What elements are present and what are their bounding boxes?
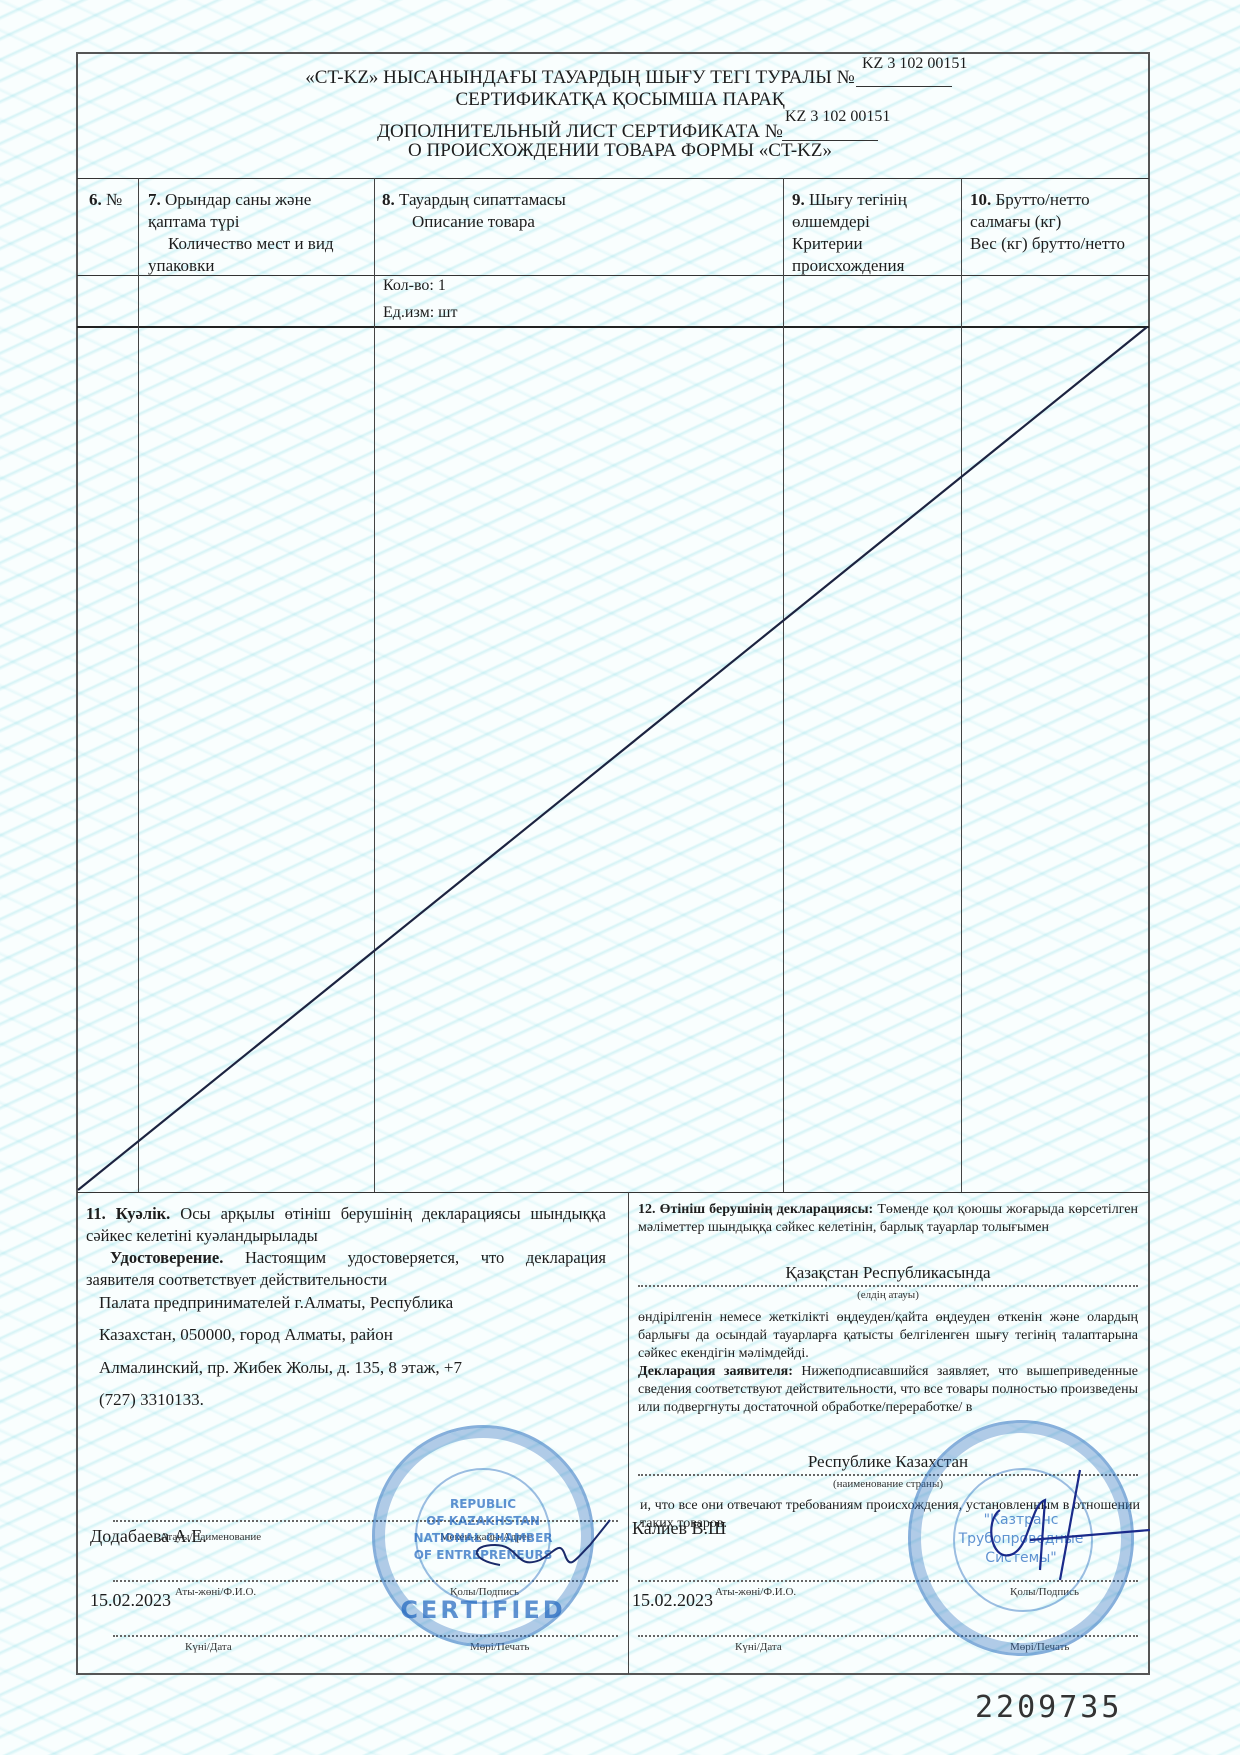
date-left: 15.02.2023 xyxy=(90,1590,171,1611)
fio-label-left: Аты-жөні/Ф.И.О. xyxy=(175,1586,256,1598)
column-header-7: 7. Орындар саны және қаптама түрі Количе… xyxy=(148,189,373,277)
org-address-line2: Казахстан, 050000, город Алматы, район xyxy=(99,1325,393,1345)
dotted-line xyxy=(113,1635,618,1637)
org-address-line4: (727) 3310133. xyxy=(99,1390,204,1410)
column-header-9: 9. Шығу тегінің өлшемдері Критерии проис… xyxy=(792,189,957,277)
date-right: 15.02.2023 xyxy=(632,1590,713,1611)
column-header-10: 10. Брутто/нетто салмағы (кг) Вес (кг) б… xyxy=(970,189,1140,255)
section-11-certification: 11. Куәлік. Осы арқылы өтініш берушінің … xyxy=(86,1203,606,1291)
org-address-line3: Алмалинский, пр. Жибек Жолы, д. 135, 8 э… xyxy=(99,1358,462,1378)
column-header-6: 6. № xyxy=(89,189,122,211)
section-divider xyxy=(628,1192,629,1674)
date-label-left: Күні/Дата xyxy=(185,1641,232,1653)
form-serial-number: 2209735 xyxy=(975,1690,1122,1725)
column-divider xyxy=(783,178,784,1192)
title-kz-line2: СЕРТИФИКАТҚА ҚОСЫМША ПАРАҚ xyxy=(0,89,1240,111)
title-ru-line2: О ПРОИСХОЖДЕНИИ ТОВАРА ФОРМЫ «CT-KZ» xyxy=(0,140,1240,162)
column-divider xyxy=(374,178,375,1192)
certificate-number-ru: KZ 3 102 00151 xyxy=(785,108,890,126)
country-kz-caption: (елдің атауы) xyxy=(638,1289,1138,1301)
description-quantity: Кол-во: 1 xyxy=(383,277,446,295)
fio-label-right: Аты-жөні/Ф.И.О. xyxy=(715,1586,796,1598)
section-12-text-kz: өндірілгенін немесе жеткілікті өңдеуден/… xyxy=(638,1309,1138,1363)
org-address-line1: Палата предпринимателей г.Алматы, Респуб… xyxy=(99,1293,453,1313)
description-unit: Ед.изм: шт xyxy=(383,304,457,322)
column-divider xyxy=(138,178,139,1192)
chamber-stamp: REPUBLIC OF KAZAKHSTAN NATIONAL CHAMBER … xyxy=(372,1425,594,1647)
column-divider xyxy=(961,178,962,1192)
section-12-declaration-kz: 12. Өтініш берушінің декларациясы: Төмен… xyxy=(638,1201,1138,1237)
column-header-8: 8. Тауардың сипаттамасы Описание товара xyxy=(382,189,772,233)
dotted-line xyxy=(638,1285,1138,1287)
table-top-border xyxy=(77,178,1149,179)
table-bottom-border xyxy=(77,1192,1149,1193)
company-stamp: "Казтранс Трубопроводные Системы" xyxy=(908,1420,1134,1656)
cert-number-underline xyxy=(856,86,952,87)
name-label: Атауы/Наименование xyxy=(160,1531,261,1543)
signer-name-right: Калиев В.Ш xyxy=(632,1518,726,1539)
date-label-right: Күні/Дата xyxy=(735,1641,782,1653)
section-12-declaration-ru: Декларация заявителя: Нижеподписавшийся … xyxy=(638,1363,1138,1417)
title-kz-line1: «CT-KZ» НЫСАНЫНДАҒЫ ТАУАРДЫҢ ШЫҒУ ТЕГІ Т… xyxy=(0,67,1200,89)
country-kz: Қазақстан Республикасында xyxy=(638,1263,1138,1283)
certificate-number-kz: KZ 3 102 00151 xyxy=(862,55,967,73)
first-row-border xyxy=(77,326,1149,328)
